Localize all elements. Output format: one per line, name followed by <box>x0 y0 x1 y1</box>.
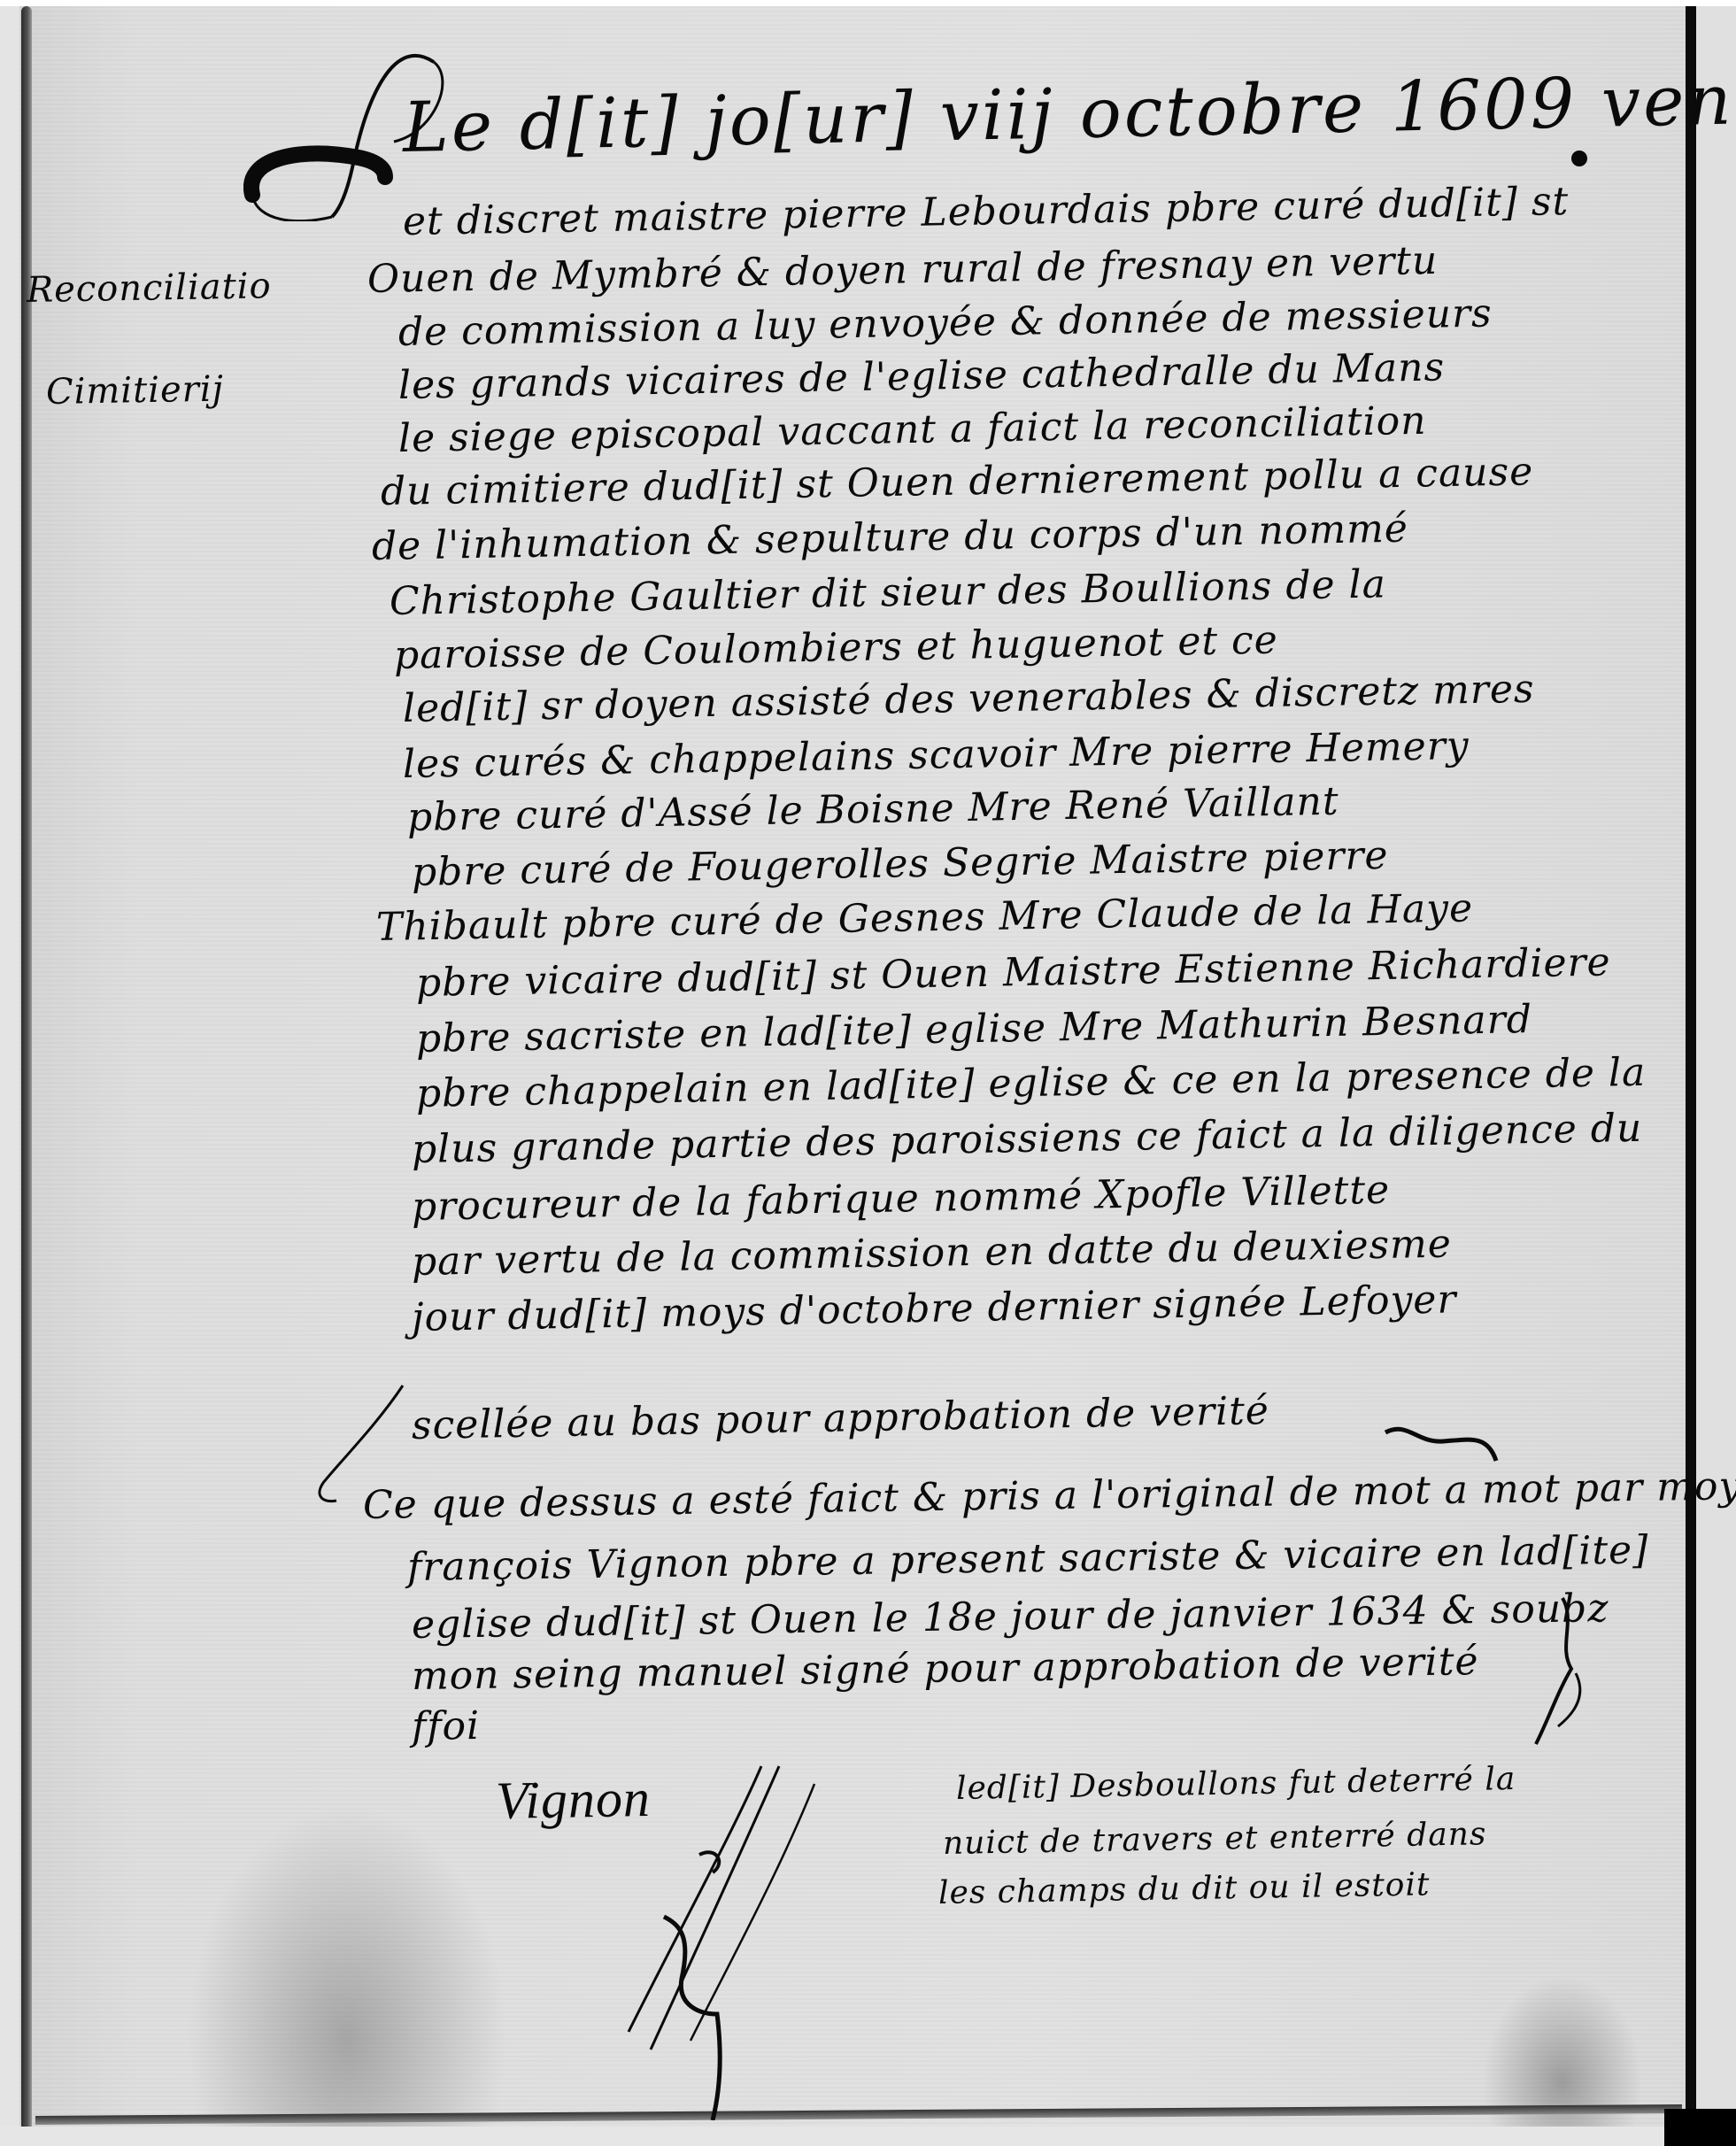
certification-line: ffoi <box>412 1703 481 1749</box>
signature-flourish-icon <box>602 1748 894 2120</box>
margin-note-reconciliatio: Reconciliatio <box>27 266 272 311</box>
line-end-flourish-icon <box>1381 1417 1505 1470</box>
right-margin-rule <box>1686 6 1696 2113</box>
scan-left-border <box>0 6 19 2146</box>
scan-right-border <box>1696 6 1736 2146</box>
margin-note-cimitierij: Cimitierij <box>46 368 225 413</box>
page-left-edge <box>21 6 32 2131</box>
scan-bottom-border <box>0 2127 1736 2146</box>
paraph-flourish-icon <box>1523 1594 1602 1753</box>
scan-corner-block <box>1664 2109 1736 2146</box>
heading-end-dot-icon <box>1571 151 1587 166</box>
